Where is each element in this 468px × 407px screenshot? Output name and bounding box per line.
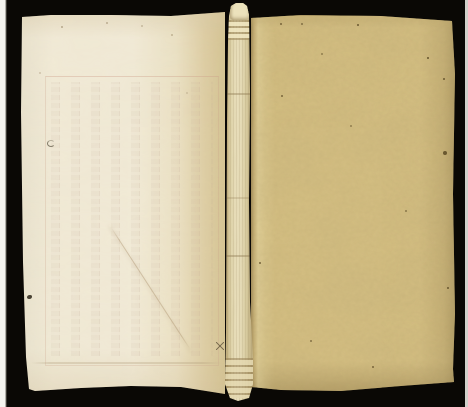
x-pen-mark xyxy=(216,342,224,350)
spine-binding-strip xyxy=(224,2,254,403)
ink-smudge-mark xyxy=(47,140,55,147)
foxing-specks-right xyxy=(251,14,253,16)
stitch-line xyxy=(225,197,253,199)
scan-edge-strip-left xyxy=(0,0,7,407)
stitch-line xyxy=(225,93,253,95)
stitch-wraps-top xyxy=(227,20,251,40)
left-page xyxy=(21,12,225,394)
bottom-crease xyxy=(31,362,221,364)
foxing-specks-left xyxy=(21,12,23,14)
spine-grain-texture xyxy=(224,2,254,403)
stitch-wraps-bottom xyxy=(224,358,254,398)
cover-page xyxy=(251,14,456,391)
stitch-line xyxy=(225,255,253,257)
stitch-knot-top xyxy=(230,2,249,20)
cover-speckle-texture xyxy=(251,14,456,391)
showthrough-text-columns xyxy=(51,82,213,356)
book-photograph xyxy=(0,0,468,407)
